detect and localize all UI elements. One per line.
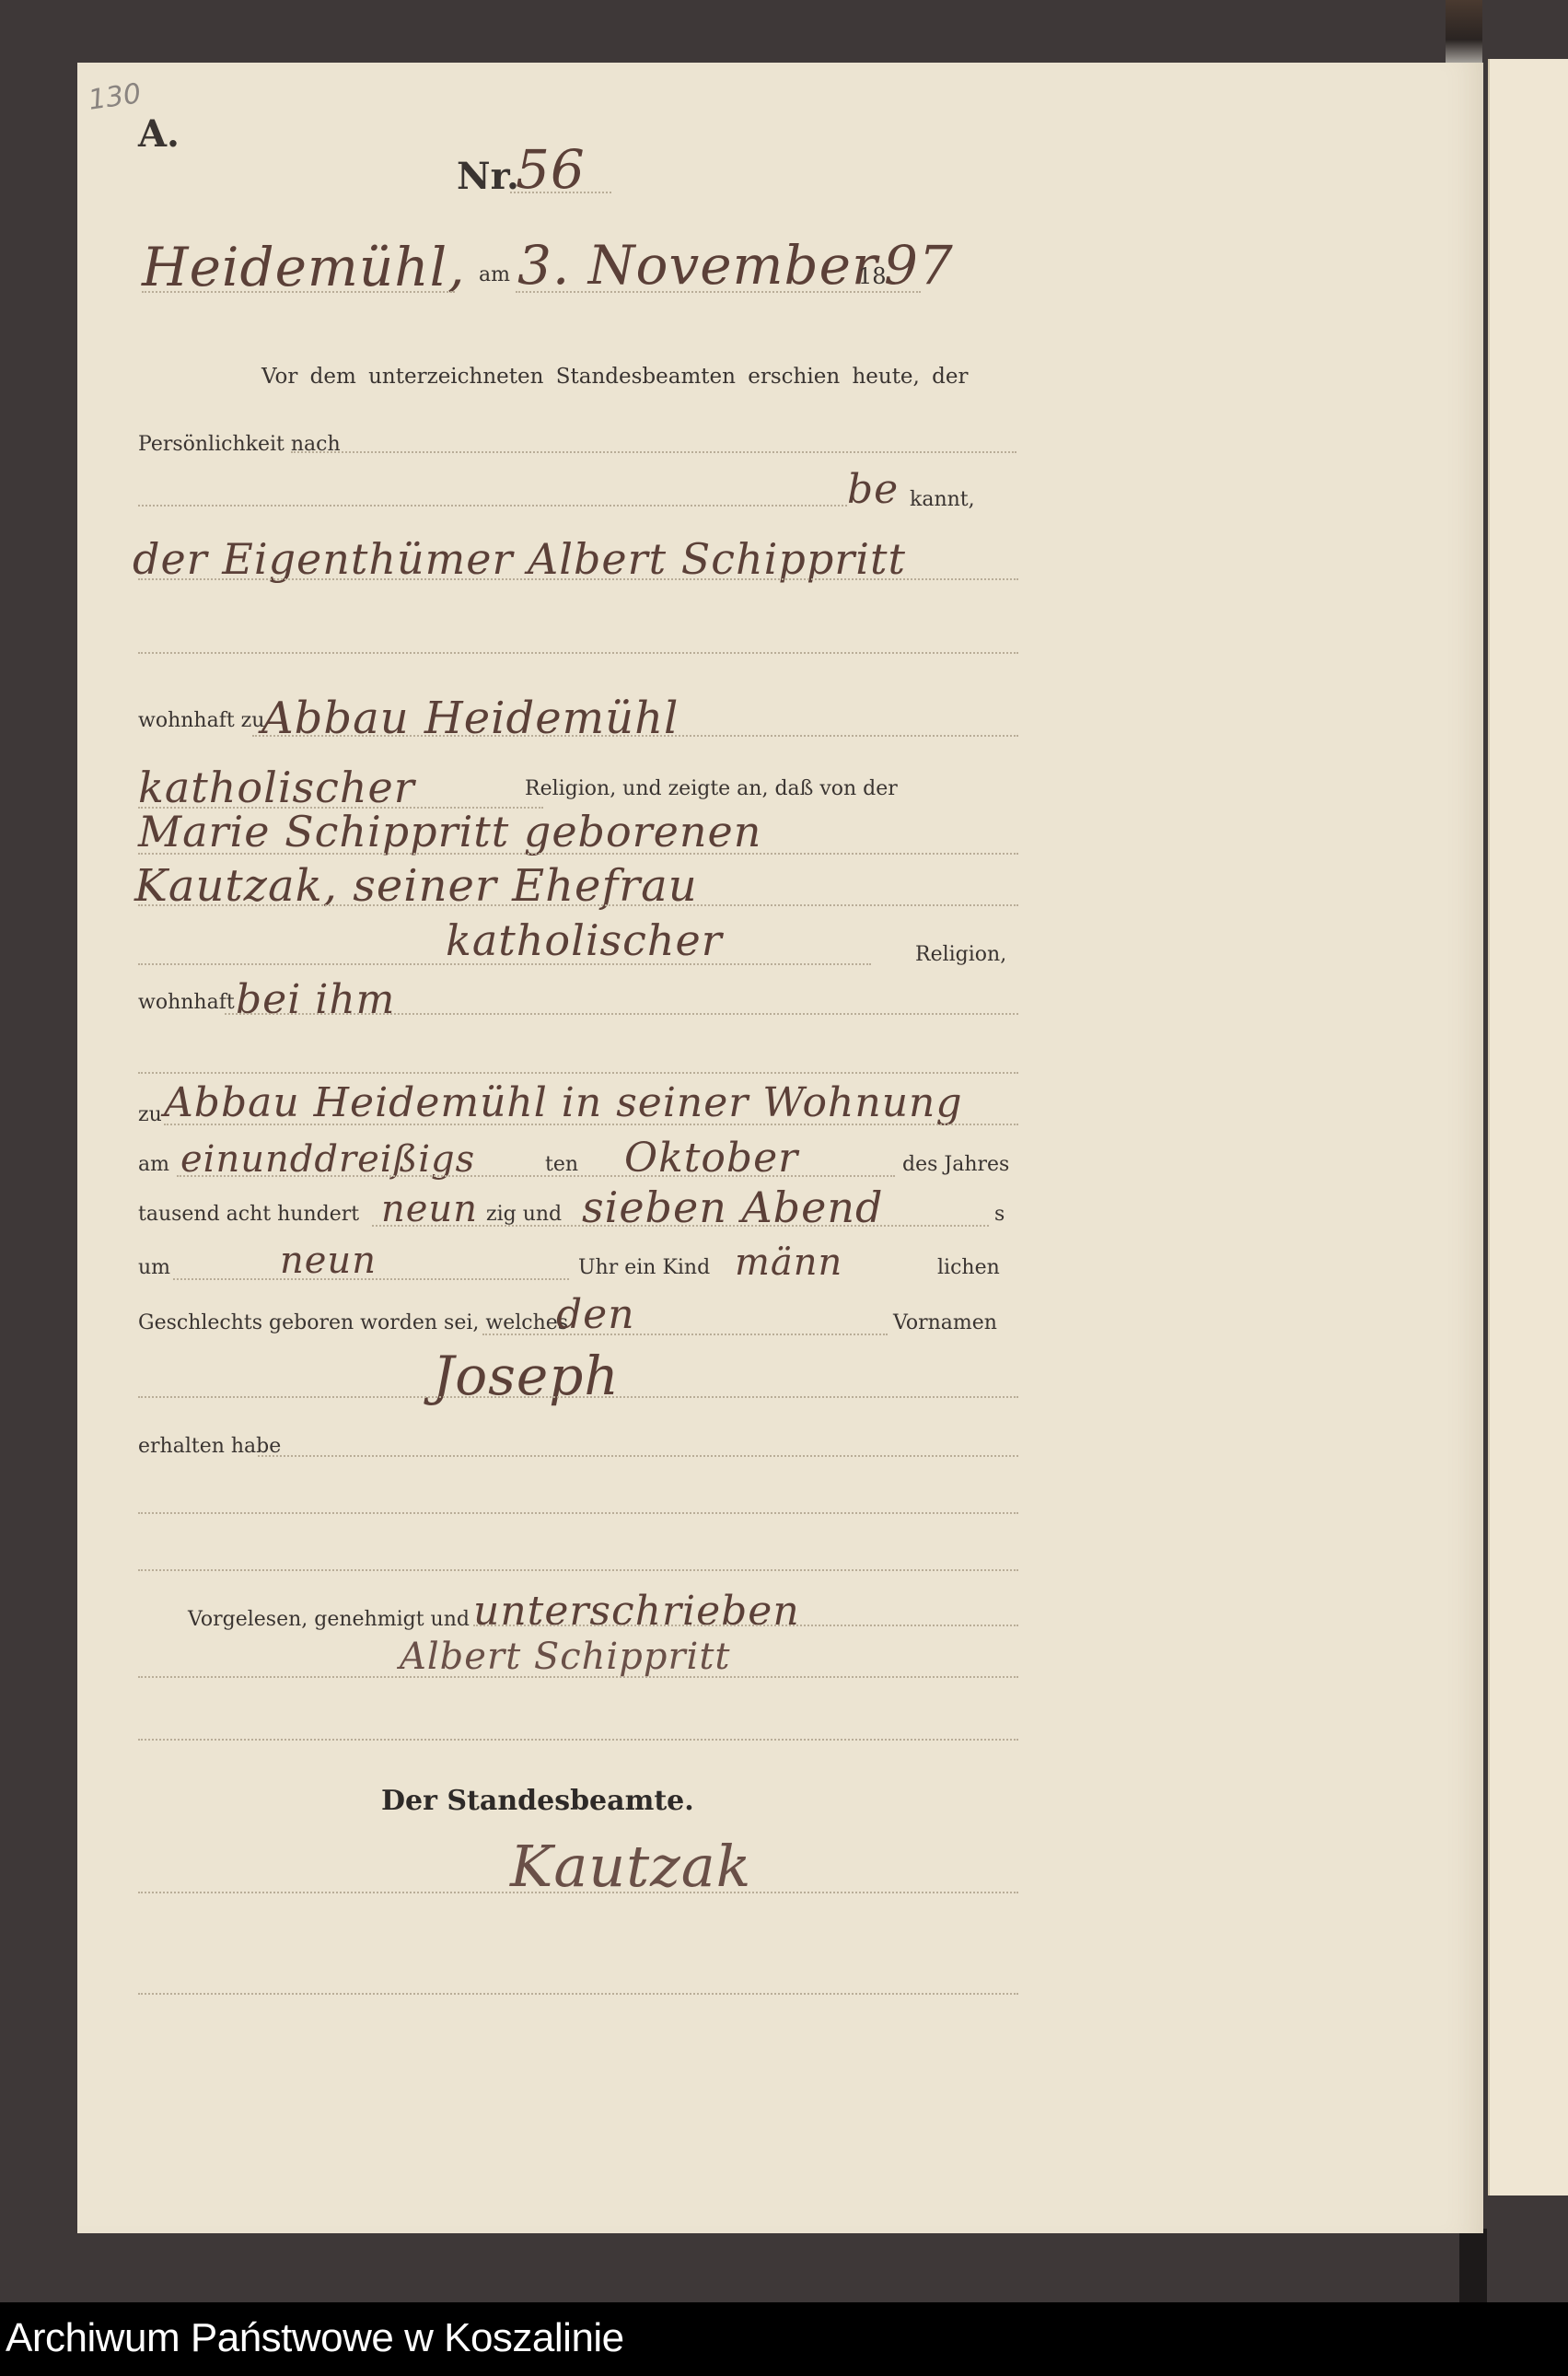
gender-line (482, 1334, 888, 1335)
identity-line-2 (138, 505, 847, 507)
birthplace-line (164, 1124, 1018, 1125)
birth-register-page: 130 A. Nr. 56 Heidemühl, am 3. November … (77, 63, 1483, 2233)
time-suffix: Uhr ein Kind (578, 1256, 710, 1279)
place-line (142, 291, 455, 293)
time-label: um (138, 1256, 170, 1279)
blank-line-6 (138, 1993, 1018, 1995)
registrar-line (138, 1892, 1018, 1893)
year-decade-suffix: zig und (486, 1203, 562, 1226)
approval-label: Vorgelesen, genehmigt und (188, 1608, 470, 1631)
name-article: den (556, 1291, 635, 1338)
birth-day-suffix: ten (545, 1153, 578, 1176)
mother-religion-line (138, 963, 871, 965)
birth-day-label: am (138, 1153, 169, 1176)
birthplace: Abbau Heidemühl in seiner Wohnung (164, 1079, 963, 1126)
informant-religion: katholischer (138, 763, 415, 812)
birth-time: neun (280, 1240, 377, 1282)
year-words-prefix: tausend acht hundert (138, 1203, 359, 1226)
form-letter: A. (138, 112, 180, 156)
sex-suffix: lichen (937, 1256, 1000, 1279)
date-prefix: am (479, 263, 510, 286)
page-gutter (1459, 2229, 1487, 2302)
mother-residence-label: wohnhaft (138, 991, 235, 1014)
mother-name: Marie Schippritt geborenen (138, 807, 761, 856)
mother-line-2 (138, 904, 1018, 906)
birth-year-label: des Jahres (902, 1153, 1009, 1176)
birth-day-line (177, 1175, 895, 1177)
informant-line (138, 578, 1018, 580)
archive-name: Archiwum Państwowe w Koszalinie (6, 2315, 624, 2361)
mother-religion: katholischer (446, 915, 723, 965)
registrar-title: Der Standesbeamte. (381, 1785, 694, 1817)
signature-line (138, 1676, 1018, 1678)
year-line-end: s (994, 1203, 1005, 1226)
mother-residence-line (225, 1013, 1018, 1015)
intro-line: Vor dem unterzeichneten Standesbeamten e… (261, 365, 969, 389)
mother-religion-label: Religion, (915, 943, 1006, 966)
time-line (173, 1278, 569, 1280)
archive-pencil-number: 130 (87, 77, 144, 117)
blank-line-5 (138, 1739, 1018, 1741)
date-line (516, 291, 921, 293)
registration-date: 3. November (517, 234, 878, 297)
identity-line (291, 451, 1016, 453)
mother-line-1 (138, 853, 1018, 855)
identity-suffix: kannt, (910, 488, 975, 511)
mother-residence: bei ihm (236, 976, 395, 1023)
archive-footer: Archiwum Państwowe w Koszalinie (0, 2302, 1568, 2376)
record-number-line (510, 192, 611, 193)
year-printed-prefix: 18 (858, 263, 887, 289)
birthplace-label: zu (138, 1103, 162, 1126)
place-of-registration: Heidemühl, (142, 236, 466, 298)
approval-value: unterschrieben (473, 1588, 800, 1635)
blank-line-4 (138, 1569, 1018, 1571)
book-spine (1446, 0, 1482, 66)
adjacent-page-edge (1488, 59, 1568, 2195)
blank-line-1 (138, 652, 1018, 654)
received-line (258, 1455, 1018, 1457)
residence-label: wohnhaft zu (138, 709, 264, 732)
religion-clause: Religion, und zeigte an, daß von der (525, 777, 898, 800)
name-line (138, 1396, 1018, 1398)
blank-line-2 (138, 1072, 1018, 1074)
approval-line (473, 1625, 1018, 1626)
blank-line-3 (138, 1512, 1018, 1514)
year-handwritten-suffix: 97 (884, 234, 954, 297)
given-name-label: Vornamen (893, 1311, 997, 1334)
informant-signature: Albert Schippritt (400, 1636, 731, 1678)
gender-clause: Geschlechts geboren worden sei, welches (138, 1311, 568, 1334)
informant-name: der Eigenthümer Albert Schippritt (133, 534, 906, 584)
year-line (372, 1225, 989, 1227)
residence-line (252, 735, 1018, 737)
child-sex: männ (735, 1241, 842, 1284)
registrar-signature: Kautzak (510, 1833, 751, 1900)
identity-value-prefix: be (847, 466, 899, 513)
